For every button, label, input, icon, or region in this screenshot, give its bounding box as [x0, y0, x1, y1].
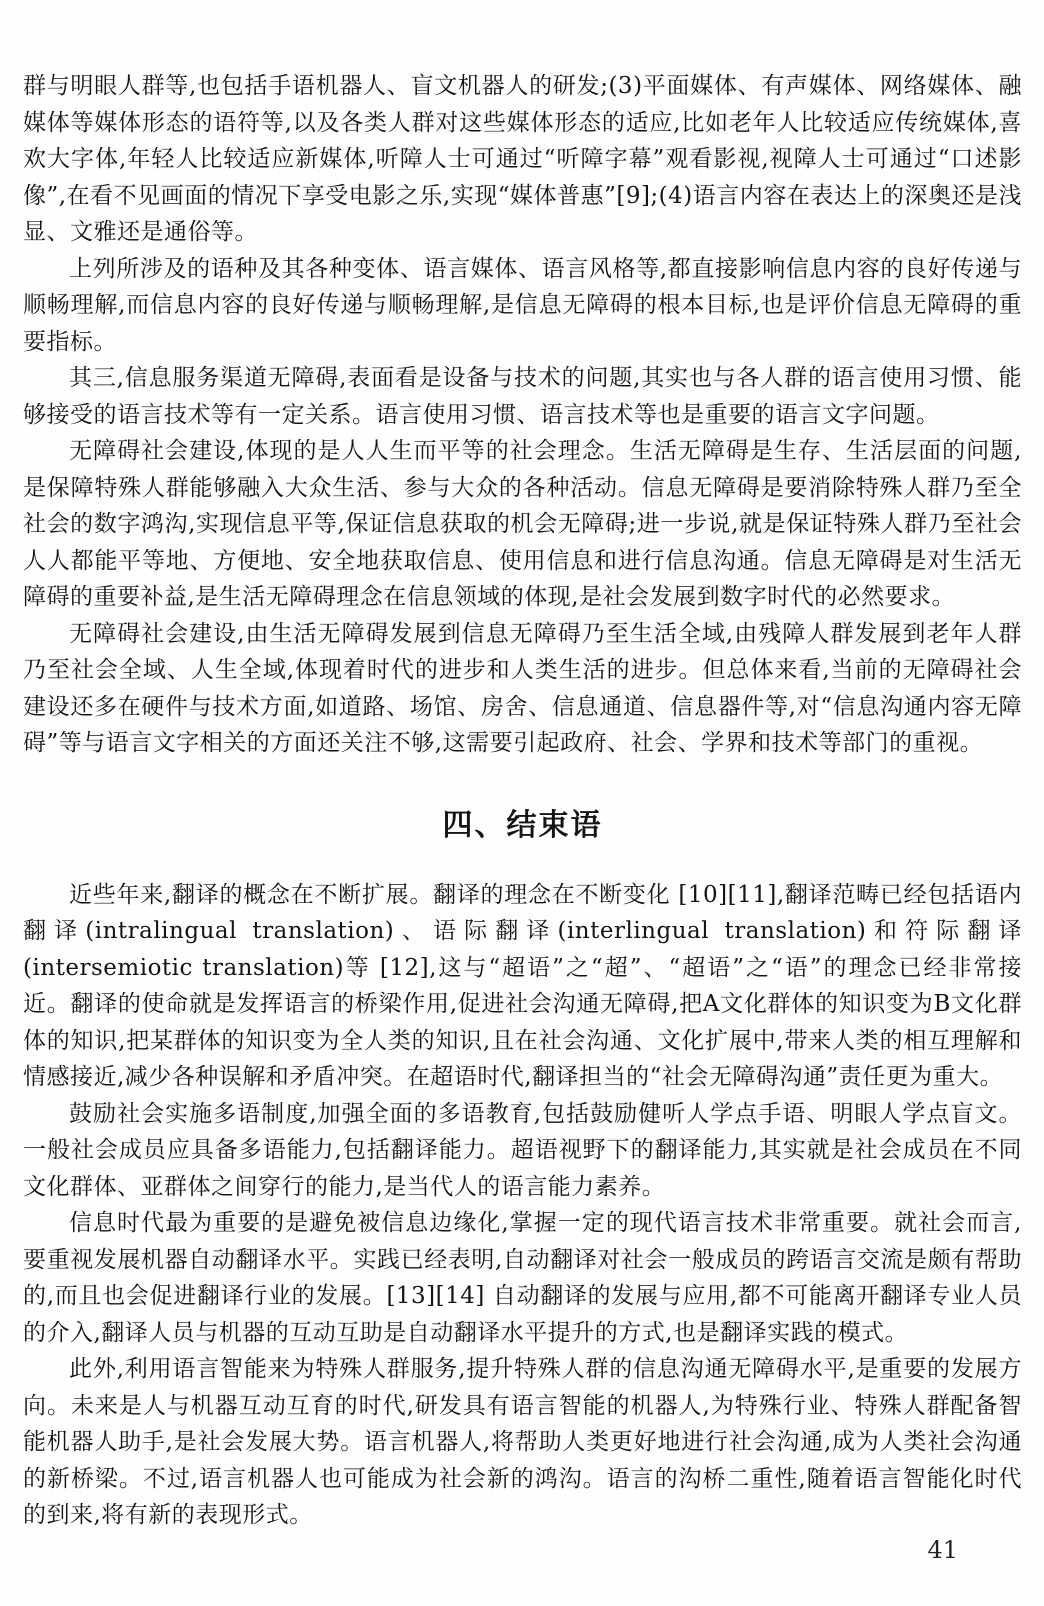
paragraph: 无障碍社会建设,由生活无障碍发展到信息无障碍乃至生活全域,由残障人群发展到老年人…: [23, 616, 1022, 762]
paragraph: 上列所涉及的语种及其各种变体、语言媒体、语言风格等,都直接影响信息内容的良好传递…: [23, 251, 1022, 361]
section-heading: 四、结束语: [23, 808, 1022, 844]
paragraph: 信息时代最为重要的是避免被信息边缘化,掌握一定的现代语言技术非常重要。就社会而言…: [23, 1205, 1022, 1351]
paragraph: 此外,利用语言智能来为特殊人群服务,提升特殊人群的信息沟通无障碍水平,是重要的发…: [23, 1351, 1022, 1534]
paragraph: 近些年来,翻译的概念在不断扩展。翻译的理念在不断变化 [10][11],翻译范畴…: [23, 877, 1022, 1096]
document-page: 群与明眼人群等,也包括手语机器人、盲文机器人的研发;(3)平面媒体、有声媒体、网…: [0, 0, 1044, 1606]
paragraph: 鼓励社会实施多语制度,加强全面的多语教育,包括鼓励健听人学点手语、明眼人学点盲文…: [23, 1096, 1022, 1206]
paragraph: 无障碍社会建设,体现的是人人生而平等的社会理念。生活无障碍是生存、生活层面的问题…: [23, 433, 1022, 616]
page-number: 41: [927, 1536, 958, 1564]
paragraph: 其三,信息服务渠道无障碍,表面看是设备与技术的问题,其实也与各人群的语言使用习惯…: [23, 360, 1022, 433]
article-body: 群与明眼人群等,也包括手语机器人、盲文机器人的研发;(3)平面媒体、有声媒体、网…: [23, 68, 1022, 1534]
paragraph-continuation: 群与明眼人群等,也包括手语机器人、盲文机器人的研发;(3)平面媒体、有声媒体、网…: [23, 68, 1022, 251]
